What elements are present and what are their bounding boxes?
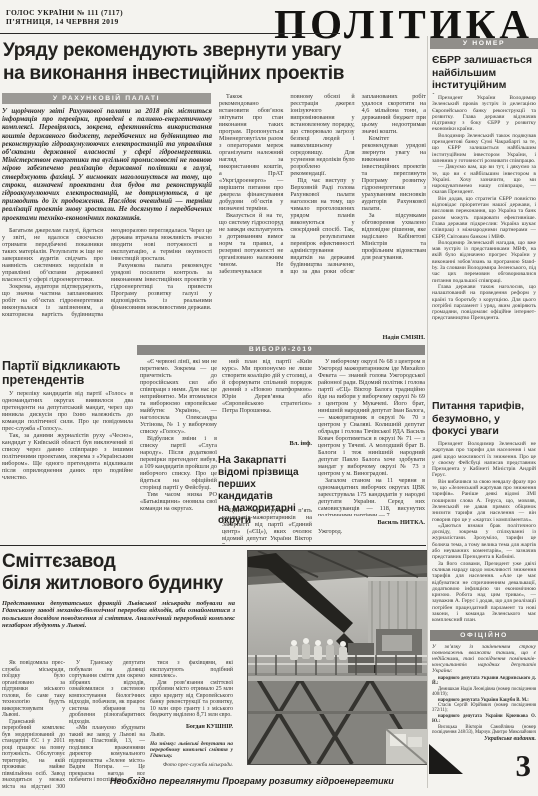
newspaper-page: { "colors": { "kicker_bar": "#9b9995", "… [0,0,538,796]
party-article-col-a: У переліку кандидатів від партії «Голос»… [2,390,133,542]
sidebar-divider [427,36,428,788]
masthead-rule [0,33,340,34]
waste-plant-photo [247,550,428,765]
party-article-headline: Партії відкликають претендентів [2,359,135,387]
zak-headline-line3: кандидатів [218,491,318,503]
fold-corner-graphic [429,744,463,774]
waste-photo-credit: Фото прес-служби міськради. [150,762,233,768]
waste-plant-photo-art [248,551,427,764]
waste-article-col2: У Гданську депутати побували на ділянці … [69,660,145,790]
zak-headline-line1: На Закарпатті [218,455,318,467]
zakarpattia-signature: Василь НИТКА. [318,519,425,526]
official-entries: народного депутата України Андрієвського… [432,676,536,734]
party-article-col-c: ний план від партії «Київ курс». Ми проп… [222,358,312,438]
main-article-body-left: Багатьом джерелам галузі, йдеться у звіт… [2,227,212,331]
waste-section-rule [0,545,426,546]
zakarpattia-place: Ужгород. [318,528,425,535]
waste-article-lead: Представники депутатських фракцій Львівс… [2,600,235,656]
zak-headline-line2: відомі прізвища перших [218,467,318,491]
party-article-col-b: «Є червоні лінії, які ми не перетнемо. З… [140,358,217,544]
waste-headline-line1: Сміттєзавод [2,551,242,573]
sidebar-story1-body: Президент України Володимир Зеленський п… [432,95,536,395]
sidebar-story2-body: Президент Володимир Зеленський не жартув… [432,441,536,628]
waste-headline-line2: біля житлового будинку [2,573,242,595]
official-section-bar: ОФІЦІЙНО [430,630,538,641]
waste-article-place: Львів. [150,732,233,739]
main-headline-line2: на виконання інвестиційних проектів [3,62,423,85]
waste-photo-note: На знімку: львівські депутати на перероб… [150,741,233,760]
page-number: 3 [499,748,531,784]
main-headline-line1: Уряду рекомендують звернути увагу [3,39,423,62]
kicker-bar: У РАХУНКОВІЙ ПАЛАТІ [2,93,211,104]
elections-banner: ВИБОРИ-2019 [137,345,425,355]
main-article-signature: Надія СМІЯН. [330,334,425,341]
waste-article-col1: Як повідомила прес-служба міськради, пої… [2,660,65,790]
zakarpattia-col-c: ЦВК зареєструвала п’ять кандидатів-мажор… [222,507,312,544]
sidebar-story1-title: ЄБРР залишається найбільшим інституційни… [432,54,536,94]
masthead-issue-line1: ГОЛОС УКРАЇНИ № 111 (7117) [6,8,123,17]
official-credit: Українське видання. [432,736,536,742]
waste-article-signature: Богдан КУШНІР. [150,724,233,730]
party-headline-line2: претендентів [2,373,135,387]
masthead-issue: ГОЛОС УКРАЇНИ № 111 (7117) П’ЯТНИЦЯ, 14 … [6,8,123,26]
waste-article-headline: Сміттєзавод біля житлового будинку [2,551,242,595]
party-headline-line1: Партії відкликають [2,359,135,373]
waste-article-col3: тися з фахівцями, які експлуатують подіб… [150,660,233,722]
main-article-lead: У щорічному звіті Рахункової палати за 2… [2,107,212,224]
official-intro: У зв’язку із закінченням строку повноваж… [432,644,536,674]
sidebar-story2-title: Питання тарифів, безумовно, у фокусі ува… [432,400,536,440]
sidebar-header-bar: У НОМЕР [430,38,538,49]
party-article-ending: Вл. інф. [222,440,312,447]
masthead-issue-line2: П’ЯТНИЦЯ, 14 ЧЕРВНЯ 2019 [6,17,123,26]
zakarpattia-col-d: У виборчому окрузі № 68 з центром в Ужго… [318,358,425,516]
main-article-headline: Уряду рекомендують звернути увагу на вик… [3,39,423,85]
main-article-body-right: Також рекомендовано встановити обов’язок… [219,93,426,333]
photo-caption: Необхідно переглянути Програму розвитку … [110,776,436,786]
